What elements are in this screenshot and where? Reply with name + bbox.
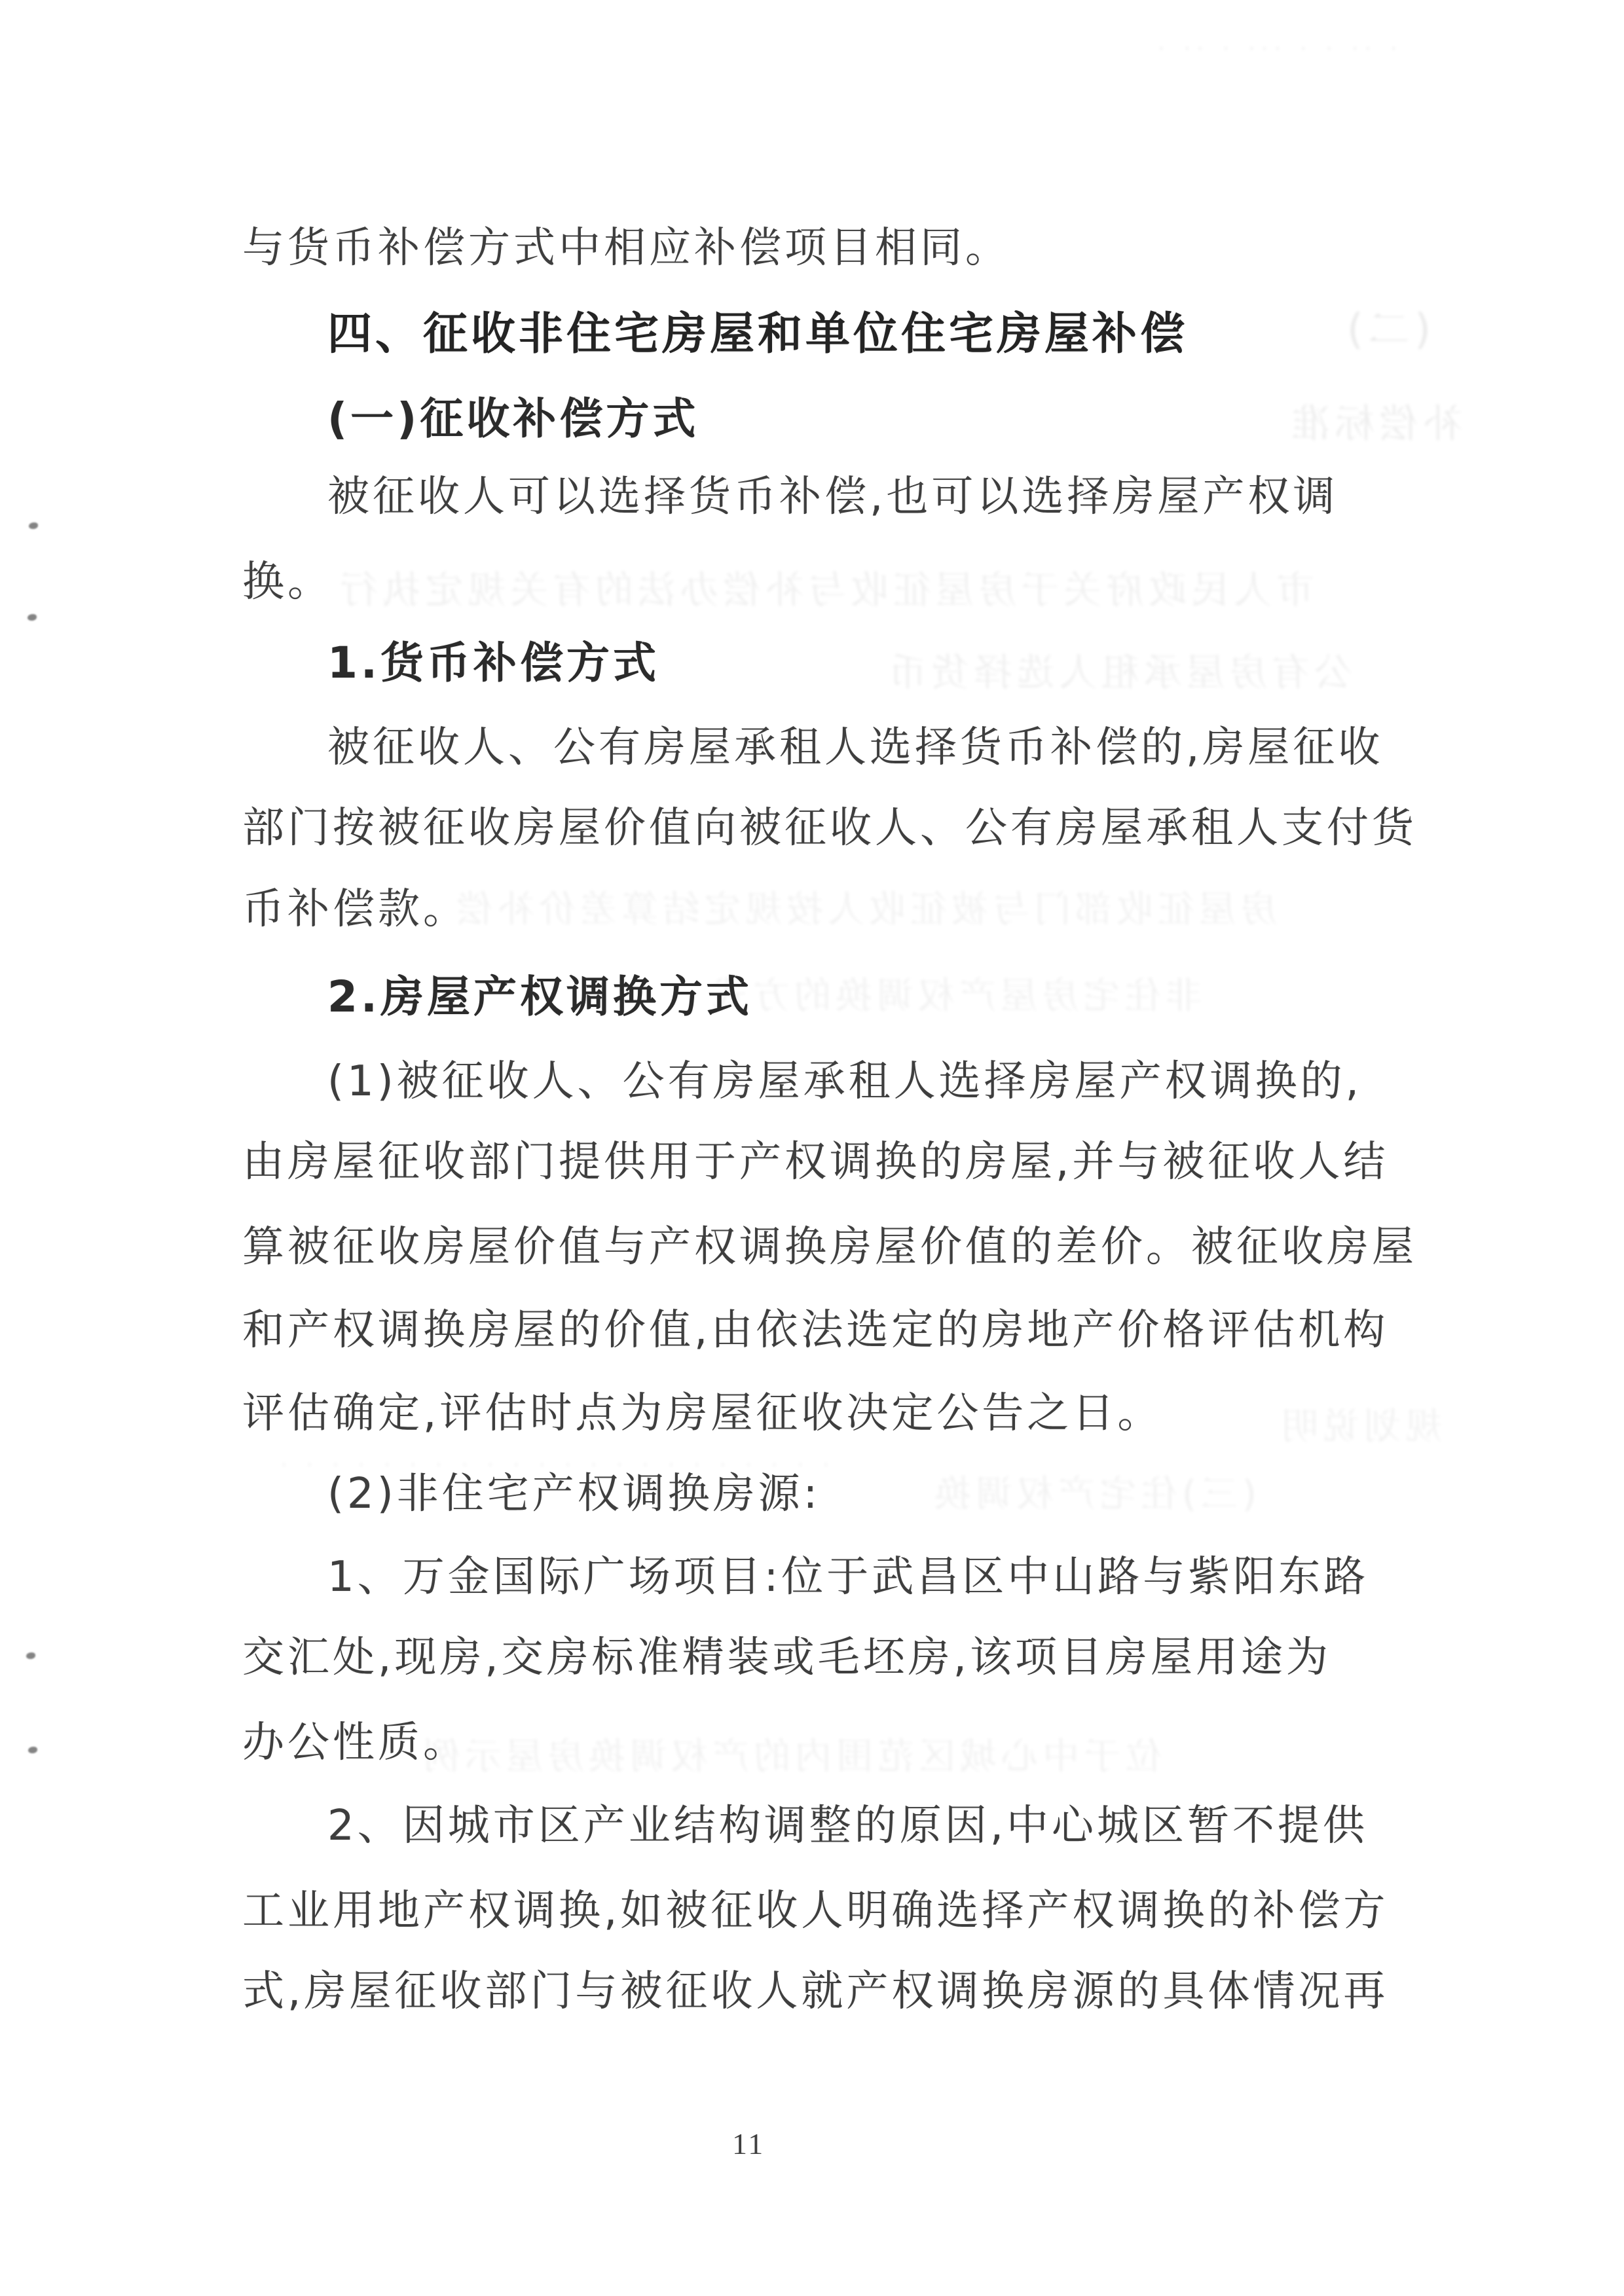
bleedthrough-text: (二) bbox=[1342, 309, 1431, 351]
scan-speck bbox=[29, 522, 38, 529]
doc-line: (1)被征收人、公有房屋承租人选择房屋产权调换的, bbox=[327, 1061, 1362, 1102]
doc-line: 部门按被征收房屋价值向被征收人、公有房屋承租人支付货 bbox=[242, 807, 1417, 849]
scan-speck bbox=[26, 1652, 35, 1659]
doc-line: 2、因城市区产业结构调整的原因,中心城区暂不提供 bbox=[327, 1805, 1368, 1847]
doc-line: 算被征收房屋价值与产权调换房屋价值的差价。被征收房屋 bbox=[242, 1226, 1417, 1268]
doc-line: 被征收人可以选择货币补偿,也可以选择房屋产权调 bbox=[327, 476, 1338, 518]
scan-speck bbox=[28, 614, 37, 621]
scanned-document-page: · ·· · · ··· · ·· · (二) 补偿标准 市人民政府关于房屋征收… bbox=[0, 0, 1624, 2296]
bleedthrough-text: 补偿标准 bbox=[1287, 405, 1462, 444]
doc-line: 式,房屋征收部门与被征收人就产权调换房源的具体情况再 bbox=[242, 1971, 1388, 2013]
doc-line: 评估确定,评估时点为房屋征收决定公告之日。 bbox=[242, 1393, 1162, 1434]
doc-line: 1、万金国际广场项目:位于武昌区中山路与紫阳东路 bbox=[327, 1556, 1369, 1598]
doc-line: 币补偿款。 bbox=[242, 888, 468, 930]
doc-line: 工业用地产权调换,如被征收人明确选择产权调换的补偿方 bbox=[242, 1890, 1388, 1932]
bleedthrough-text: (三)住宅产权调换 bbox=[930, 1476, 1257, 1513]
doc-line: 换。 bbox=[242, 561, 333, 603]
section-heading-4: 四、征收非住宅房屋和单位住宅房屋补偿 bbox=[327, 312, 1188, 357]
subheading-property-swap: 2.房屋产权调换方式 bbox=[327, 975, 752, 1019]
bleedthrough-text: 非住宅房屋产权调换的方式 bbox=[707, 978, 1202, 1015]
doc-line: 由房屋征收部门提供用于产权调换的房屋,并与被征收人结 bbox=[242, 1141, 1388, 1183]
bleedthrough-text: 公有房屋承租人选择货币 bbox=[884, 653, 1352, 691]
doc-line-closing-sentence: 与货币补偿方式中相应补偿项目相同。 bbox=[242, 227, 1010, 269]
bleedthrough-text: 规划说明 bbox=[1277, 1409, 1442, 1446]
subheading-monetary: 1.货币补偿方式 bbox=[327, 642, 659, 685]
page-number: 11 bbox=[732, 2126, 765, 2161]
bleedthrough-text: 市人民政府关于房屋征收与补偿办法的有关规定执行 bbox=[335, 571, 1314, 609]
subsection-heading-1: (一)征收补偿方式 bbox=[327, 397, 699, 441]
doc-line: 办公性质。 bbox=[242, 1722, 468, 1764]
scan-speck bbox=[28, 1747, 37, 1753]
doc-line: 交汇处,现房,交房标准精装或毛坯房,该项目房屋用途为 bbox=[242, 1637, 1331, 1679]
doc-line-swap-sources: (2)非住宅产权调换房源: bbox=[327, 1473, 821, 1515]
bleedthrough-text: 房屋征收部门与被征收人按规定结算差价补偿 bbox=[452, 892, 1277, 928]
bleedthrough-text: · ·· · · ··· · ·· · bbox=[1153, 36, 1398, 62]
doc-line: 和产权调换房屋的价值,由依法选定的房地产价格评估机构 bbox=[242, 1309, 1388, 1351]
doc-line: 被征收人、公有房屋承租人选择货币补偿的,房屋征收 bbox=[327, 727, 1383, 769]
bleedthrough-text: 位于中心城区范围内的产权调换房屋示例 bbox=[419, 1739, 1162, 1776]
